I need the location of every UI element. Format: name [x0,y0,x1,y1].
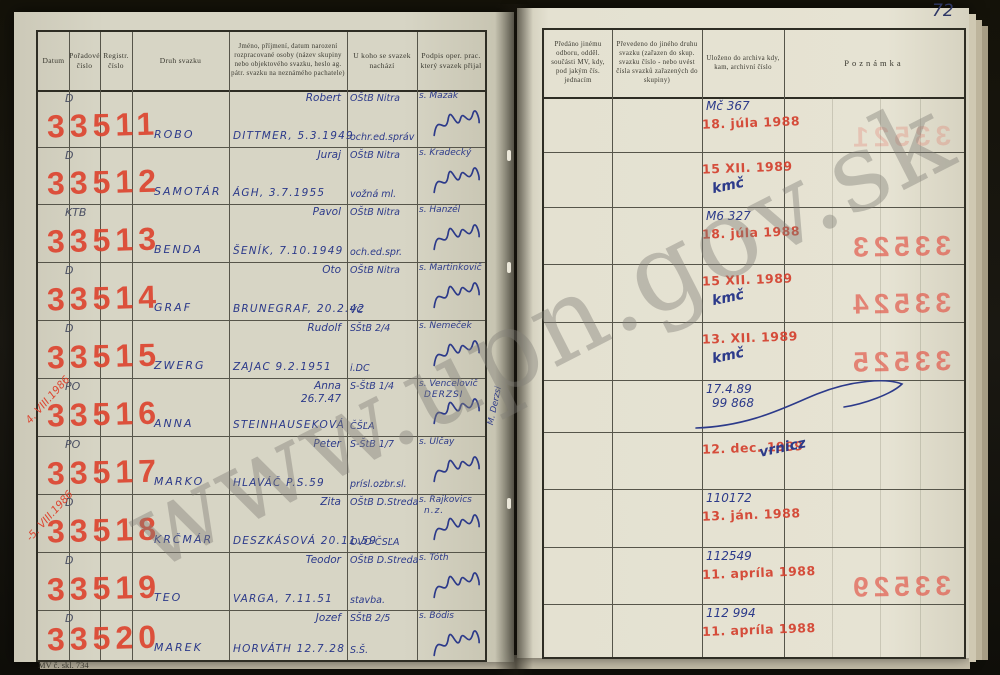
left-page: Datum Pořadové číslo Registr. číslo Druh… [14,12,514,662]
signature-squiggle [428,446,484,491]
header-poznamka: Poznámka [784,30,964,97]
signature-squiggle [428,388,484,433]
header-poradove-cislo: Pořadové číslo [69,32,100,90]
date-stamp: 15 XII. 1989 [702,270,793,288]
date-stamp: 11. apríla 1988 [702,620,816,639]
archive-number-entry: 110172 [706,491,752,505]
row-mark: D [65,92,73,105]
surname-entry: BRUNEGRAF, 20.2.42 [233,303,365,315]
right-page: Předáno jinému odboru, odděl. součásti M… [517,8,969,658]
firstname-entry: Oto [229,264,341,276]
u-koho-entry-1: OŠtB D.Streda [350,555,420,567]
druh-svazku-entry: ANNA [154,417,194,430]
row-number-stamp: 33511 [47,106,160,146]
ledger-photo: Datum Pořadové číslo Registr. číslo Druh… [0,0,1000,675]
row-mark: D [65,554,73,567]
firstname-entry: Anna [229,380,341,392]
row-mark: D [65,264,73,277]
mirrored-number-stamp: 33523 [836,230,952,264]
podpis-entry: s. Hanzél [419,205,460,215]
signature-squiggle [428,504,484,549]
firstname-entry: Jozef [229,612,341,624]
header-datum-label: Datum [41,55,67,67]
header-predano: Předáno jinému odboru, odděl. součásti M… [544,30,612,97]
header-u-koho: U koho se svazek nachází [347,32,417,90]
header-u-koho-label: U koho se svazek nachází [347,50,417,72]
ledger-row: D33518-5. VIII.1986KRČMÁRZitaDESZKÁSOVÁ … [38,494,485,552]
u-koho-entry-1: OŠtB D.Streda [350,497,420,509]
mirrored-number-stamp: 33521 [836,120,952,154]
podpis-entry: s. Kradecký [419,148,471,158]
podpis-entry: s. Ulčay [419,437,454,447]
archive-row: 12. dec. 1989vrnicz [544,432,964,489]
surname-entry: ZAJAC 9.2.1951 [233,361,332,373]
header-registr-label: Registr. číslo [100,50,132,72]
druh-svazku-entry: MAREK [154,641,203,654]
row-number-stamp: 33517 [47,453,162,493]
header-jmeno: Jméno, příjmení, datum narození rozpraco… [229,32,347,90]
druh-svazku-entry: MARKO [154,475,204,488]
druh-svazku-entry: SAMOTÁR [154,185,222,198]
header-prevedeno-label: Převedeno do jiného druhu svazku (zařaze… [612,40,702,86]
druh-svazku-entry: ZWERG [154,359,206,372]
archive-row: 15 XII. 1989kmč [544,152,964,207]
druh-svazku-entry: BENDA [154,243,203,256]
firstname-entry: Juraj [229,149,341,161]
firstname-entry: Zita [229,496,341,508]
header-poznamka-label: Poznámka [842,57,905,70]
page-number: 72 [932,1,954,21]
header-prevedeno: Převedeno do jiného druhu svazku (zařaze… [612,30,702,97]
surname-entry: ŠENÍK, 7.10.1949 [233,245,343,257]
surname-entry: DITTMER, 5.3.1949 [233,130,354,142]
u-koho-entry-1: OŠtB Nitra [350,93,420,105]
u-koho-entry-2: stavba. [350,595,385,606]
row-number-stamp: 33516 [47,395,162,435]
firstname-entry: Teodor [229,554,341,566]
row-number-stamp: 33513 [47,221,162,261]
row-number-stamp: 33518 [47,511,162,551]
signature-squiggle [428,272,484,317]
signature-initials: kmč [711,175,746,197]
ledger-row: D33514GRAFOtoBRUNEGRAF, 20.2.42OŠtB Nitr… [38,262,485,320]
right-table-header: Předáno jinému odboru, odděl. součásti M… [544,30,964,99]
podpis-entry: s. Nemeček [419,321,472,331]
druh-svazku-entry: KRČMÁR [154,533,213,546]
signature-initials: kmč [711,287,746,309]
podpis-entry: s. Mazák [419,91,458,101]
u-koho-entry-1: SŠtB 2/4 [350,323,420,335]
book-binding [495,4,533,675]
header-ulozeno-label: Uloženo do archiva kdy, kam, archivní čí… [702,54,784,74]
u-koho-entry-2: OVO-ČSĽA [350,537,400,548]
row-mark: KTB [65,206,86,219]
surname-entry: ÁGH, 3.7.1955 [233,187,325,199]
header-registr-cislo: Registr. číslo [100,32,132,90]
page-edge-stack [969,14,976,662]
binding-stitch [507,498,511,509]
row-number-stamp: 33515 [47,337,162,377]
header-ulozeno: Uloženo do archiva kdy, kam, archivní čí… [702,30,784,97]
signature-squiggle [428,620,484,665]
birthdate-entry: 26.7.47 [229,393,341,405]
podpis-entry: s. Tóth [419,553,449,563]
signature-squiggle [428,100,484,145]
archive-number-entry: 112549 [706,549,752,563]
u-koho-entry-1: S-ŠtB 1/7 [350,439,420,451]
mirrored-number-stamp: 33529 [836,570,952,604]
podpis-entry: s. Martinkovič [419,263,482,273]
date-stamp: 13. XII. 1989 [702,328,798,346]
podpis-entry: s. Vencelovič [419,379,478,389]
row-number-stamp: 33519 [47,569,162,609]
ledger-row: D33519TEOTeodorVARGA, 7.11.51OŠtB D.Stre… [38,552,485,610]
left-table: Datum Pořadové číslo Registr. číslo Druh… [36,30,487,662]
row-mark: PO [65,438,80,451]
header-predano-label: Předáno jinému odboru, odděl. součásti M… [544,40,612,86]
ledger-row: PO335164. VIII.1986ANNAAnna26.7.47STEINH… [38,378,485,436]
signature-squiggle [428,562,484,607]
firstname-entry: Robert [229,92,341,104]
u-koho-entry-1: SŠtB 2/5 [350,613,420,625]
date-stamp: 13. ján. 1988 [702,505,801,523]
date-stamp: 18. júla 1988 [702,223,801,241]
date-stamp: 18. júla 1988 [702,113,801,131]
row-number-stamp: 33512 [47,163,162,203]
archive-row: 11017213. ján. 1988 [544,489,964,547]
header-druh-label: Druh svazku [158,55,203,67]
signature-squiggle [428,214,484,259]
binding-stitch [507,150,511,161]
ledger-row: PO33517MARKOPeterHLAVÁČ P.S.59S-ŠtB 1/7p… [38,436,485,494]
mirrored-number-stamp: 33525 [836,345,952,379]
archive-number-entry: Mč 367 [706,99,750,113]
firstname-entry: Peter [229,438,341,450]
mirrored-number-stamp: 33524 [836,287,952,321]
druh-svazku-entry: GRAF [154,301,192,314]
ledger-row: D33515ZWERGRudolfZAJAC 9.2.1951SŠtB 2/4i… [38,320,485,378]
row-number-stamp: 33520 [47,619,162,659]
u-koho-entry-2: ochr.ed.správ [350,132,414,143]
date-stamp: 11. apríla 1988 [702,563,816,582]
u-koho-entry-2: i.DC [350,363,370,374]
u-koho-entry-2: VC [350,305,363,316]
podpis-entry: s. Rajkovics [419,495,472,505]
u-koho-entry-2: prísl.ozbr.sl. [350,479,407,490]
form-number: MV č. skl. 734 [38,660,89,670]
header-druh-svazku: Druh svazku [132,32,229,90]
u-koho-entry-1: OŠtB Nitra [350,207,420,219]
surname-entry: HLAVÁČ P.S.59 [233,477,325,489]
header-poradove-label: Pořadové číslo [67,50,102,72]
ledger-row: D33511ROBORobertDITTMER, 5.3.1949OŠtB Ni… [38,90,485,147]
signature-squiggle [428,157,484,202]
header-podpis-label: Podpis oper. prac. který svazek přijal [417,50,485,72]
surname-entry: STEINHAUSEKOVÁ [233,419,345,431]
ledger-row: D33512SAMOTÁRJurajÁGH, 3.7.1955OŠtB Nitr… [38,147,485,204]
u-koho-entry-2: och.ed.spr. [350,247,402,258]
archive-number-entry: 112 994 [706,606,756,620]
u-koho-entry-1: OŠtB Nitra [350,150,420,162]
podpis-entry: s. Bódis [419,611,454,621]
firstname-entry: Pavol [229,206,341,218]
u-koho-entry-1: S-ŠtB 1/4 [350,381,420,393]
archive-number-entry: M6 327 [706,209,751,223]
archive-row: 112 99411. apríla 1988 [544,604,964,657]
header-jmeno-label: Jméno, příjmení, datum narození rozpraco… [229,42,347,79]
row-number-stamp: 33514 [47,279,162,319]
firstname-entry: Rudolf [229,322,341,334]
row-mark: D [65,322,73,335]
druh-svazku-entry: TEO [154,591,182,604]
ledger-row: KTB33513BENDAPavolŠENÍK, 7.10.1949OŠtB N… [38,204,485,262]
page-edge-stack [982,26,988,660]
binding-stitch [507,262,511,273]
ledger-row: D33520MAREKJozefHORVÁTH 12.7.28SŠtB 2/5S… [38,610,485,660]
right-table: Předáno jinému odboru, odděl. součásti M… [542,28,966,659]
surname-entry: HORVÁTH 12.7.28 [233,643,345,655]
pen-flourish [692,376,907,434]
surname-entry: VARGA, 7.11.51 [233,593,333,605]
druh-svazku-entry: ROBO [154,128,195,141]
u-koho-entry-2: ČŠĽA [350,421,375,432]
header-podpis: Podpis oper. prac. který svazek přijal [417,32,485,90]
row-mark: D [65,149,73,162]
u-koho-entry-2: S.Š. [350,645,368,656]
u-koho-entry-1: OŠtB Nitra [350,265,420,277]
signature-squiggle [428,330,484,375]
header-datum: Datum [38,32,69,90]
u-koho-entry-2: vožná ml. [350,189,396,200]
date-stamp: 15 XII. 1989 [702,158,793,176]
signature-initials: kmč [711,345,746,367]
